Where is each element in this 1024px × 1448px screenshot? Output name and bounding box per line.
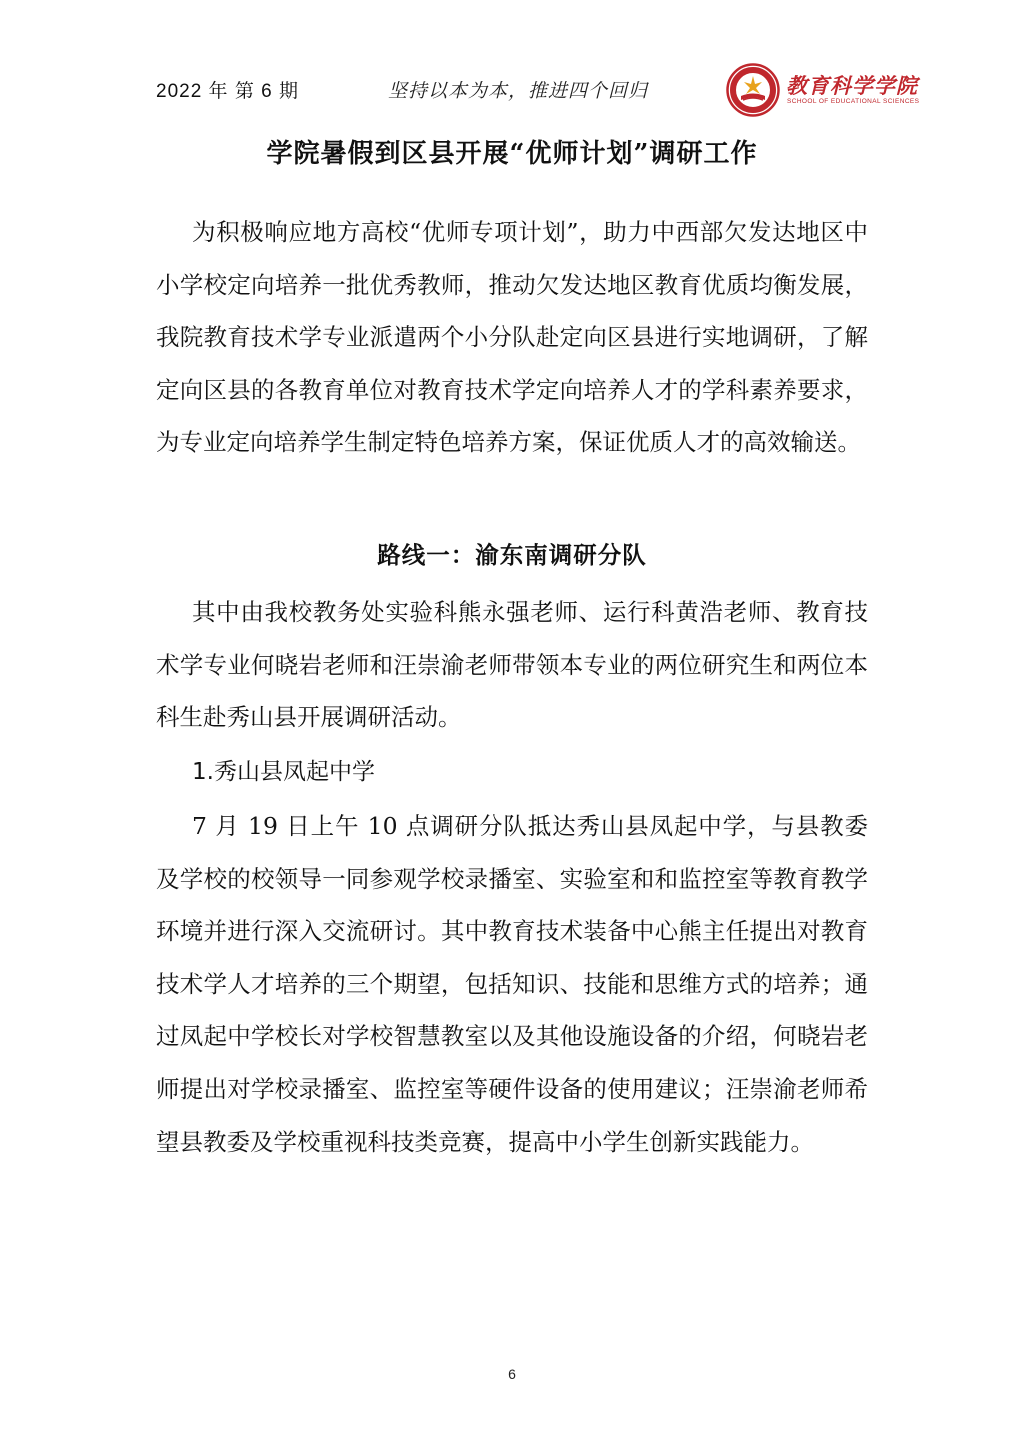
item-title: 1.秀山县凤起中学: [192, 748, 375, 796]
item-paragraph: 7 月 19 日上午 10 点调研分队抵达秀山县凤起中学，与县教委及学校的校领导…: [156, 800, 868, 1168]
article-title: 学院暑假到区县开展“优师计划”调研工作: [0, 133, 1024, 170]
section-paragraph: 其中由我校教务处实验科熊永强老师、运行科黄浩老师、教育技术学专业何晓岩老师和汪崇…: [156, 586, 868, 744]
school-logo: 教育科学学院 SCHOOL OF EDUCATIONAL SCIENCES: [726, 62, 906, 118]
intro-paragraph: 为积极响应地方高校“优师专项计划”，助力中西部欠发达地区中小学校定向培养一批优秀…: [156, 206, 868, 469]
page-number: 6: [0, 1366, 1024, 1382]
school-name-en: SCHOOL OF EDUCATIONAL SCIENCES: [787, 98, 919, 105]
document-page: 2022 年 第 6 期 坚持以本为本，推进四个回归 教育科学学院 SCHOOL…: [0, 0, 1024, 1448]
school-emblem-icon: [726, 63, 780, 117]
issue-label: 2022 年 第 6 期: [156, 76, 299, 103]
school-name-cn: 教育科学学院: [786, 70, 918, 100]
motto-text: 坚持以本为本，推进四个回归: [388, 76, 648, 103]
section-heading: 路线一：渝东南调研分队: [0, 536, 1024, 570]
